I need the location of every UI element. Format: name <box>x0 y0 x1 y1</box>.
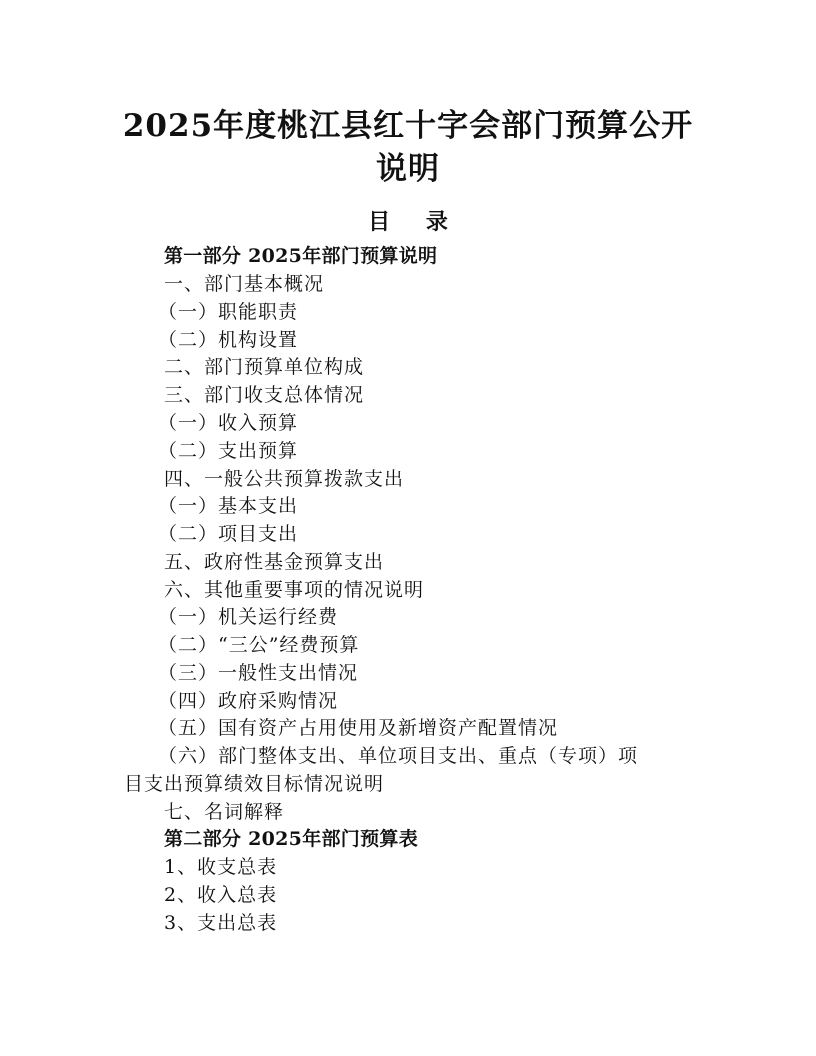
toc-item: （六）部门整体支出、单位项目支出、重点（专项）项 <box>158 741 638 768</box>
toc-heading: 目 录 <box>0 205 816 236</box>
toc-part-1: 第一部分 2025年部门预算说明 <box>164 241 437 268</box>
toc-item: （三）一般性支出情况 <box>158 658 358 685</box>
toc-item: 五、政府性基金预算支出 <box>164 547 384 574</box>
toc-item: （二）项目支出 <box>158 519 298 546</box>
toc-item: 六、其他重要事项的情况说明 <box>164 575 424 602</box>
toc-item: 七、名词解释 <box>164 797 284 824</box>
toc-item: 四、一般公共预算拨款支出 <box>164 464 404 491</box>
toc-item: 1、收支总表 <box>164 852 277 879</box>
toc-part-2: 第二部分 2025年部门预算表 <box>164 824 418 851</box>
toc-item: （一）收入预算 <box>158 408 298 435</box>
toc-item: （四）政府采购情况 <box>158 686 338 713</box>
toc-item: 3、支出总表 <box>164 908 277 935</box>
toc-item: 2、收入总表 <box>164 880 277 907</box>
toc-item: （五）国有资产占用使用及新增资产配置情况 <box>158 713 558 740</box>
toc-item: 一、部门基本概况 <box>164 269 324 296</box>
document-title-line-1: 2025年度桃江县红十字会部门预算公开 <box>0 100 816 145</box>
toc-item: （一）职能职责 <box>158 297 298 324</box>
document-title-line-2: 说明 <box>0 143 816 188</box>
toc-item: （二）支出预算 <box>158 436 298 463</box>
toc-item: （一）机关运行经费 <box>158 602 338 629</box>
toc-item-continuation: 目支出预算绩效目标情况说明 <box>124 769 384 796</box>
toc-item: （一）基本支出 <box>158 491 298 518</box>
toc-item: （二）机构设置 <box>158 325 298 352</box>
toc-item: （二）“三公”经费预算 <box>158 630 359 657</box>
toc-item: 二、部门预算单位构成 <box>164 352 364 379</box>
toc-item: 三、部门收支总体情况 <box>164 380 364 407</box>
